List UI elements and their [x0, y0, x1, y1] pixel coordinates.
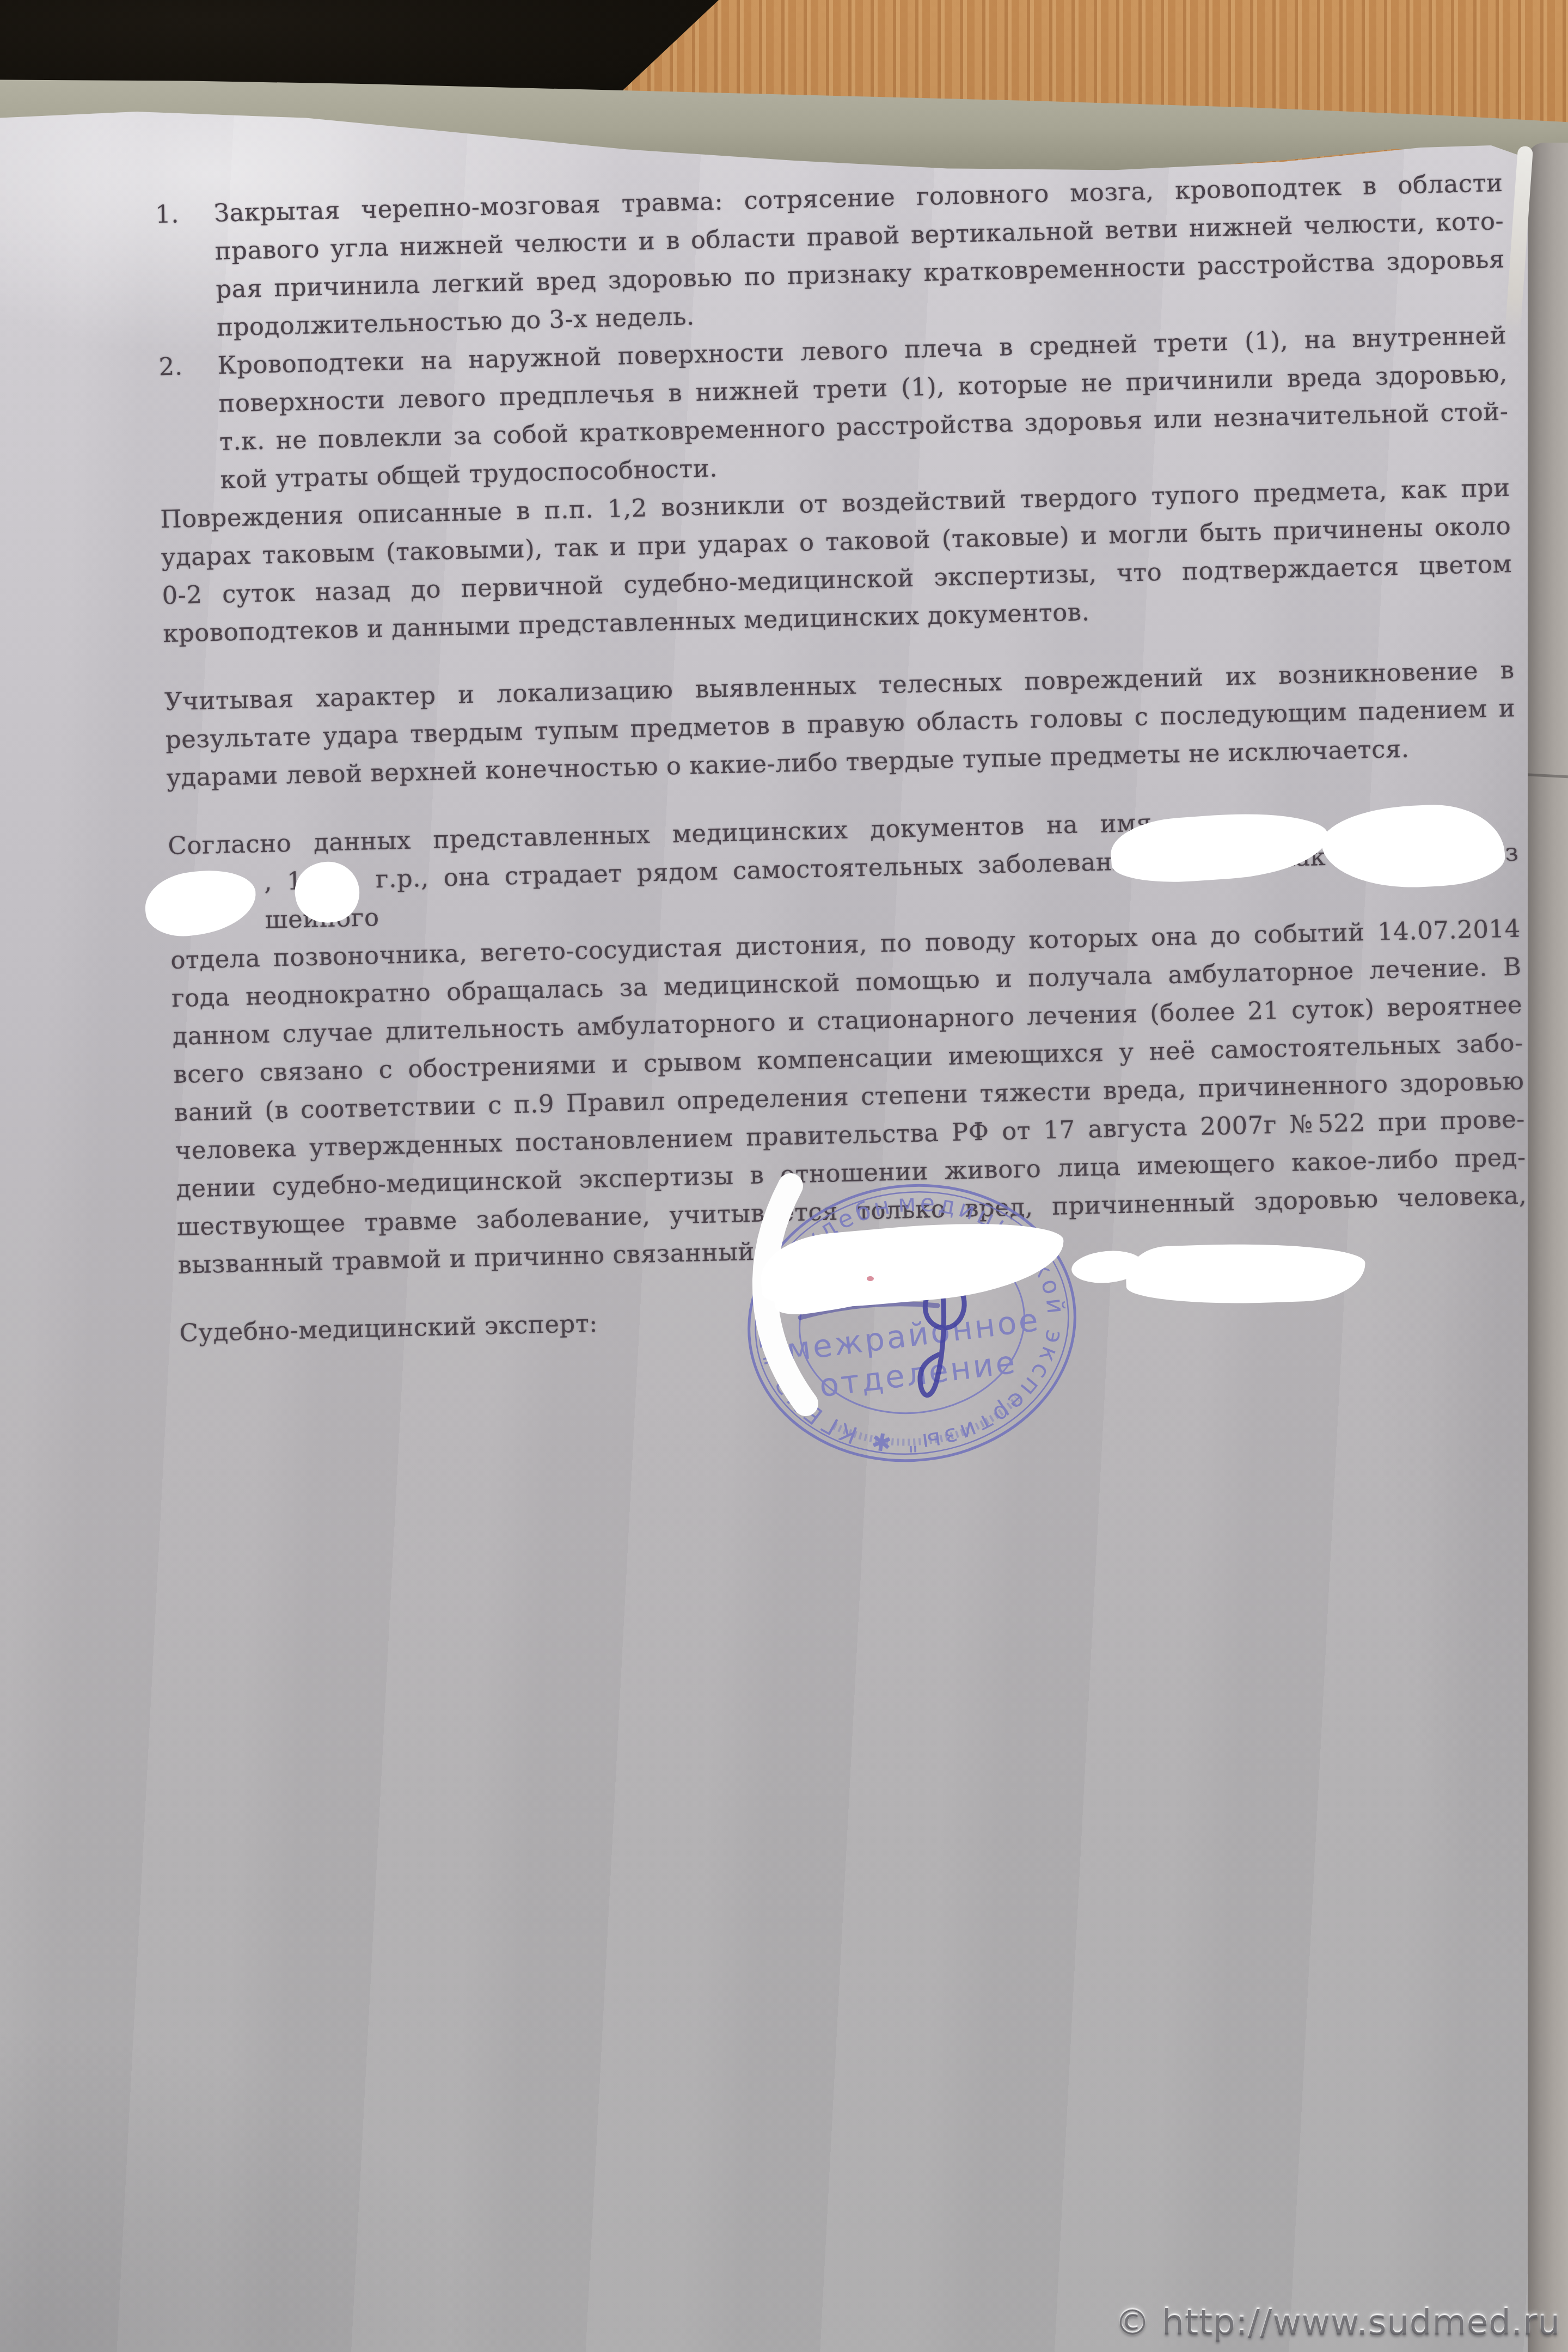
numbered-item-2: 2. Кровоподтеки на наружной поверхности … [156, 316, 1510, 500]
item-text: Кровоподтеки на наружной поверхности лев… [217, 316, 1510, 499]
paragraph-injuries-origin: Повреждения описанные в п.п. 1,2 возникл… [160, 469, 1514, 653]
watermark-text: © http://www.sudmed.ru [1115, 2303, 1560, 2343]
red-ink-dot [867, 1276, 874, 1281]
binder-fold-line [1521, 773, 1568, 778]
numbered-item-1: 1. Закрытая черепно-мозговая травма: сот… [152, 164, 1506, 348]
item-number: 2. [158, 347, 183, 386]
item-number: 1. [155, 195, 180, 234]
photographed-document-page: { "colors":{ "stamp_ink":"#7273bb", "sig… [0, 0, 1568, 2352]
binder-edge [1521, 143, 1568, 2352]
round-stamp: медицинской экспертизы" ✱ КГБУЗ "Бюро су… [724, 1154, 1105, 1503]
item-text: Закрытая черепно-мозговая травма: сотряс… [213, 164, 1506, 347]
